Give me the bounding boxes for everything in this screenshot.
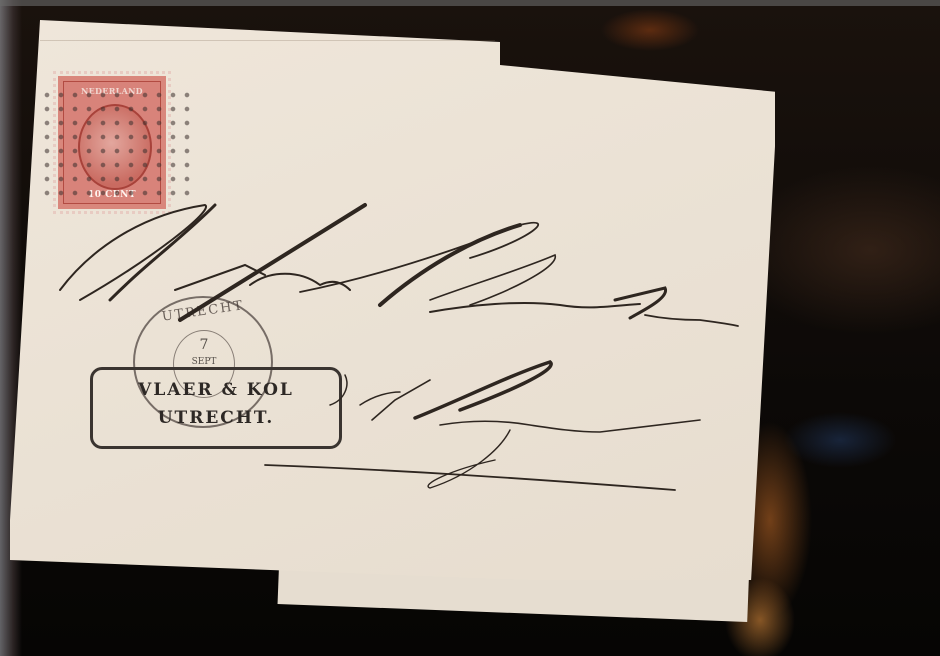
handwritten-address [0, 0, 940, 656]
